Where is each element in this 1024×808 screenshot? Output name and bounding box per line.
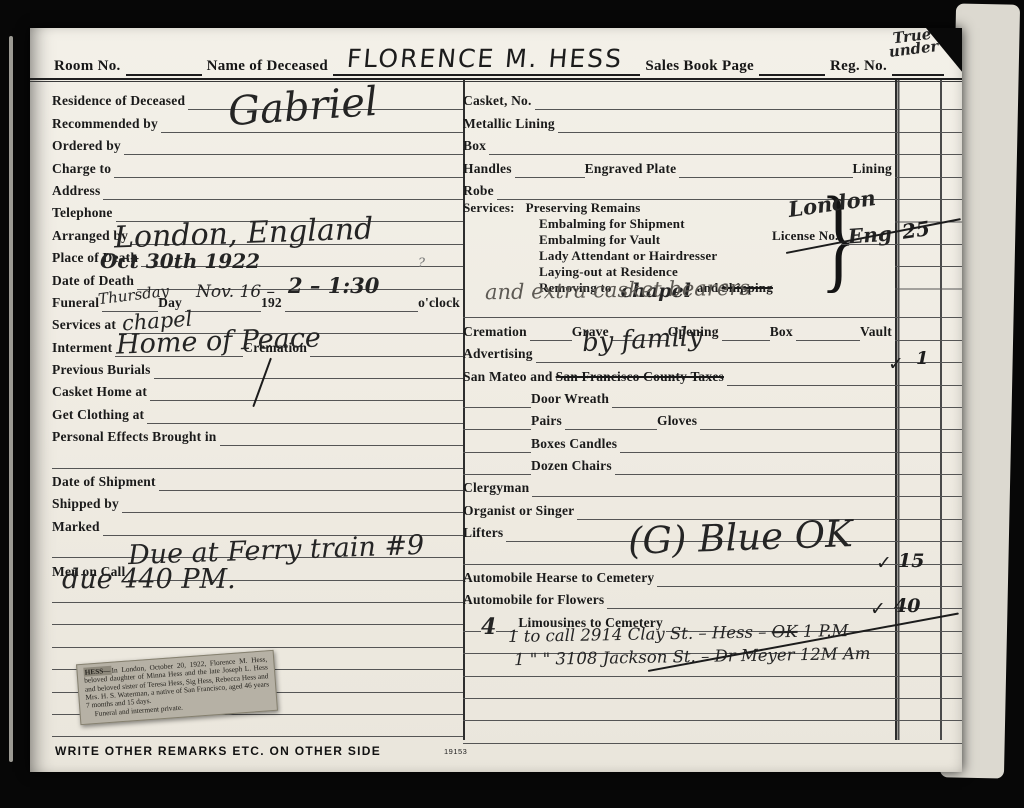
field-label: Advertising (463, 346, 536, 363)
ruled-line (185, 310, 261, 312)
handwritten-extra-bearers: and extra casket bearers (485, 279, 750, 304)
row-get-clothing: Get Clothing at (52, 401, 463, 423)
amount-cell (895, 296, 940, 318)
ruled-line (161, 131, 463, 133)
row-metallic-lining: Metallic Lining (463, 110, 962, 132)
header-rule (30, 78, 962, 82)
amount-cell (895, 497, 940, 519)
handwritten-place-of-death: London, England (114, 215, 374, 253)
row-clergyman: Clergyman (463, 475, 962, 497)
ruled-line (122, 511, 463, 513)
cents-cell (940, 587, 962, 609)
handwritten-question-mark: ? (418, 258, 425, 270)
amount-cell (895, 200, 940, 296)
deceased-name-value: FLORENCE M. HESS (346, 44, 625, 73)
ruled-line (220, 444, 463, 446)
row-blank (52, 603, 463, 625)
row-flowers: Automobile for Flowers (463, 587, 962, 609)
left-column: Residence of Deceased Recommended by Ord… (52, 88, 463, 737)
lining-label: Lining (853, 161, 895, 178)
ruled-line (310, 355, 463, 357)
amount-cell (895, 520, 940, 542)
form-number: 19153 (444, 747, 467, 756)
ruled-line (52, 467, 463, 469)
handwritten-hearse-note: (G) Blue OK (627, 516, 853, 559)
ruled-line (52, 646, 463, 648)
cents-cell (940, 341, 962, 363)
ruled-line (147, 422, 463, 424)
amount-cell (895, 475, 940, 497)
amount-cell (895, 155, 940, 177)
field-label: Services at (52, 317, 119, 334)
amount-cell (895, 699, 940, 721)
cents-cell (940, 497, 962, 519)
field-label: Previous Burials (52, 362, 154, 379)
amount-limousines: 40 (894, 595, 920, 617)
field-label: Casket Home at (52, 384, 150, 401)
cents-cell (940, 475, 962, 497)
row-box: Box (463, 133, 962, 155)
cents-cell (940, 542, 962, 564)
handwritten-reg-note: True under (887, 28, 940, 59)
ruled-line (150, 399, 463, 401)
amount-cell (895, 654, 940, 676)
ruled-line (463, 742, 895, 744)
footer-remarks: WRITE OTHER REMARKS ETC. ON OTHER SIDE (55, 744, 381, 758)
row-pairs-gloves: Pairs Gloves (463, 408, 962, 430)
scan-background: Room No. Name of Deceased FLORENCE M. HE… (0, 0, 1024, 808)
field-label: Metallic Lining (463, 116, 558, 133)
ruled-line (285, 310, 418, 312)
cents-cell (940, 430, 962, 452)
field-label: Casket, No. (463, 93, 535, 110)
ruled-line (154, 377, 463, 379)
amount-cell (895, 133, 940, 155)
field-label: Handles (463, 161, 515, 178)
amount-cell (895, 453, 940, 475)
checkmark: ✓ (876, 552, 892, 574)
cents-cell (940, 408, 962, 430)
field-label: Clergyman (463, 480, 532, 497)
cents-cell (940, 654, 962, 676)
sales-book-page-label: Sales Book Page (645, 58, 754, 76)
field-label: Funeral (52, 295, 102, 312)
ruled-line (124, 153, 463, 155)
amount-cell (895, 88, 940, 110)
row-boxes-candles: Boxes Candles (463, 430, 962, 452)
row-date-of-shipment: Date of Shipment (52, 469, 463, 491)
field-label: Door Wreath (531, 391, 612, 408)
field-label: Automobile Hearse to Cemetery (463, 570, 657, 587)
row-previous-burials: Previous Burials (52, 357, 463, 379)
cents-cell (940, 363, 962, 385)
handwritten-interment: Home of Peace (116, 325, 322, 358)
ruled-line (52, 623, 463, 625)
field-label: Telephone (52, 205, 116, 222)
row-blank (463, 699, 962, 721)
cents-cell (940, 453, 962, 475)
oclock-label: o'clock (418, 295, 463, 312)
amount-taxes: 1 (916, 348, 929, 369)
field-label: Box (463, 138, 489, 155)
room-no-label: Room No. (54, 58, 121, 76)
service-item: Lady Attendant or Hairdresser (539, 248, 720, 264)
ruled-line (126, 44, 202, 76)
ruled-line (159, 489, 463, 491)
service-item: Preserving Remains (526, 200, 644, 216)
service-item: Embalming for Vault (539, 232, 663, 248)
book-spine-edge (9, 36, 13, 762)
cents-cell (940, 721, 962, 743)
cents-cell (940, 677, 962, 699)
handwritten-date-of-death: Oct 30th 1922 (100, 252, 260, 271)
cents-cell (940, 155, 962, 177)
ruled-line (52, 601, 463, 603)
amount-hearse: 15 (898, 550, 924, 572)
card-header: Room No. Name of Deceased FLORENCE M. HE… (54, 44, 944, 76)
vault-label: Vault (860, 324, 895, 341)
box-label: Box (770, 324, 796, 341)
cents-cell (940, 699, 962, 721)
checkmark: ✓ (870, 598, 886, 620)
row-blank (52, 446, 463, 468)
service-item: Embalming for Shipment (539, 216, 688, 232)
handwritten-limo-count: 4 (481, 622, 496, 632)
field-label: Robe (463, 183, 497, 200)
row-dozen-chairs: Dozen Chairs (463, 453, 962, 475)
row-blank (463, 677, 962, 699)
ruled-line (103, 198, 463, 200)
ruled-line (52, 735, 463, 737)
cents-cell (940, 318, 962, 340)
amount-cell (895, 430, 940, 452)
row-ordered: Ordered by (52, 133, 463, 155)
field-label: Marked (52, 519, 103, 536)
field-label: Date of Shipment (52, 474, 159, 491)
field-label: Automobile for Flowers (463, 592, 607, 609)
amount-cell (895, 632, 940, 654)
amount-cell (895, 318, 940, 340)
field-label: Recommended by (52, 116, 161, 133)
field-label: Charge to (52, 161, 114, 178)
field-label: Boxes Candles (531, 436, 620, 453)
field-label: Organist or Singer (463, 503, 577, 520)
field-label: Dozen Chairs (531, 458, 615, 475)
cents-cell (940, 88, 962, 110)
amount-cell (895, 110, 940, 132)
field-label: Interment (52, 340, 115, 357)
pairs-label: Pairs (531, 413, 565, 430)
row-robe: Robe (463, 178, 962, 200)
field-label-struck: San Francisco County Taxes (556, 369, 727, 386)
cents-cell (940, 133, 962, 155)
field-label: Get Clothing at (52, 407, 147, 424)
cents-cell (940, 110, 962, 132)
row-cremation-grave: Cremation Grave Opening Box Vault (463, 318, 962, 340)
handwritten-advertising: by family (581, 325, 703, 356)
row-handles: Handles Engraved Plate Lining (463, 155, 962, 177)
row-address: Address (52, 178, 463, 200)
cents-cell (940, 178, 962, 200)
cents-cell (940, 386, 962, 408)
field-label: Address (52, 183, 103, 200)
cents-cell (940, 565, 962, 587)
gloves-label: Gloves (657, 413, 700, 430)
reg-no-label: Reg. No. (830, 58, 887, 76)
checkmark: ✓ (888, 353, 904, 375)
field-label: Ordered by (52, 138, 124, 155)
row-charge: Charge to (52, 155, 463, 177)
row-blank (52, 625, 463, 647)
field-label: San Mateo and (463, 369, 556, 386)
funeral-record-card: Room No. Name of Deceased FLORENCE M. HE… (30, 28, 962, 772)
services-label: Services: (463, 200, 518, 216)
handwritten-recommended-by: Gabriel (227, 83, 379, 131)
ruled-line (114, 176, 463, 178)
cremation-label: Cremation (463, 324, 530, 341)
row-personal-effects: Personal Effects Brought in (52, 424, 463, 446)
field-label: Lifters (463, 525, 506, 542)
ruled-line: FLORENCE M. HESS (333, 44, 640, 76)
cents-cell (940, 200, 962, 296)
amount-cell (895, 408, 940, 430)
amount-cell (895, 677, 940, 699)
handwritten-men-on-call-2: due 440 PM. (62, 567, 236, 593)
cents-cell (940, 520, 962, 542)
amount-cell (895, 386, 940, 408)
field-label: Shipped by (52, 496, 122, 513)
handwritten-funeral-time: 2 – 1:30 (288, 276, 379, 296)
handwritten-funeral-date: Nov. 16 – (196, 284, 275, 300)
engraved-plate-label: Engraved Plate (585, 161, 680, 178)
field-label: Residence of Deceased (52, 93, 188, 110)
ruled-line (759, 44, 825, 76)
cents-cell (940, 296, 962, 318)
amount-cell (895, 178, 940, 200)
name-of-deceased-label: Name of Deceased (207, 58, 328, 76)
row-casket-no: Casket, No. (463, 88, 962, 110)
field-label: Personal Effects Brought in (52, 429, 220, 446)
row-blank (463, 721, 962, 743)
amount-cell (895, 721, 940, 743)
row-door-wreath: Door Wreath (463, 386, 962, 408)
cents-cell (940, 632, 962, 654)
row-shipped-by: Shipped by (52, 491, 463, 513)
